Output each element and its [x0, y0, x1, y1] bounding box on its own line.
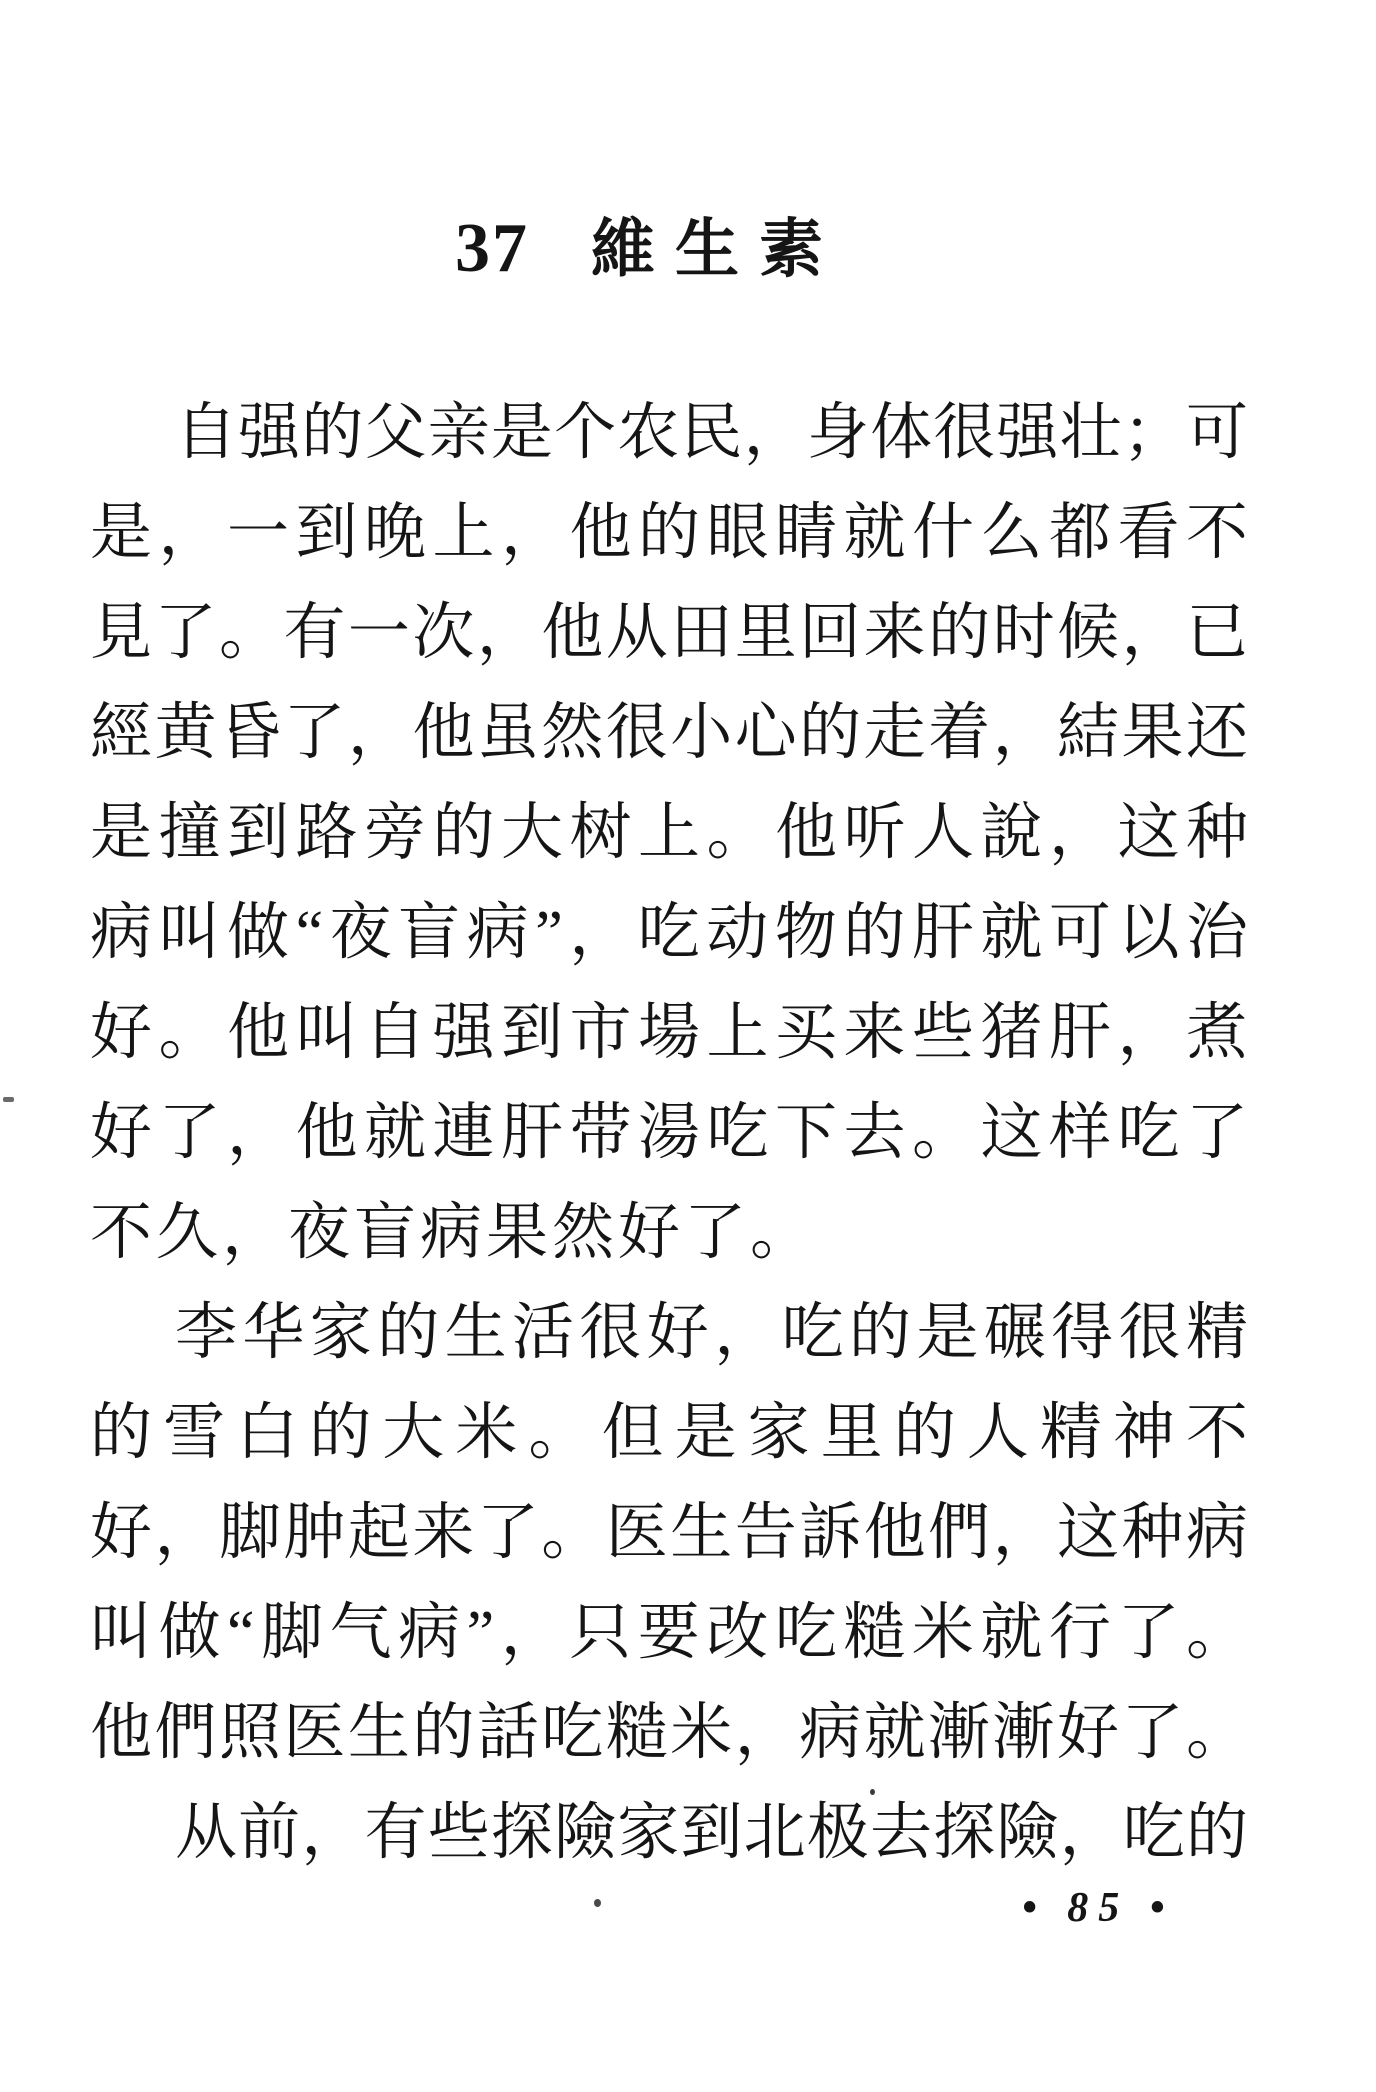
text-line: 不久，夜盲病果然好了。	[90, 1183, 1248, 1283]
text-line: 李华家的生活很好，吃的是碾得很精	[90, 1283, 1248, 1383]
text-line: 自强的父亲是个农民，身体很强壮；可	[90, 383, 1248, 483]
text-line: 从前，有些探險家到北极去探險，吃的	[90, 1783, 1248, 1883]
text-line: 經黄昏了，他虽然很小心的走着，結果还	[90, 683, 1248, 783]
scan-artifact-dot	[870, 1789, 875, 1795]
chapter-number: 37	[455, 210, 529, 287]
text-line: 叫做“脚气病”，只要改吃糙米就行了。	[90, 1583, 1248, 1683]
chapter-title: 維生素	[591, 215, 843, 287]
page-number: • 85 •	[1022, 1884, 1174, 1932]
text-line: 的雪白的大米。但是家里的人精神不	[90, 1383, 1248, 1483]
text-line: 病叫做“夜盲病”，吃动物的肝就可以治	[90, 883, 1248, 983]
text-line: 好，脚肿起来了。医生告訴他們，这种病	[90, 1483, 1248, 1583]
chapter-heading: 37 維生素	[455, 210, 843, 287]
scan-artifact-dot	[3, 1097, 14, 1102]
text-line: 好。他叫自强到市場上买来些猪肝，煮	[90, 983, 1248, 1083]
text-line: 見了。有一次，他从田里回来的时候，已	[90, 583, 1248, 683]
text-line: 好了，他就連肝带湯吃下去。这样吃了	[90, 1083, 1248, 1183]
text-line: 是撞到路旁的大树上。他听人說，这种	[90, 783, 1248, 883]
body-text: 自强的父亲是个农民，身体很强壮；可 是，一到晚上，他的眼睛就什么都看不 見了。有…	[90, 383, 1248, 1883]
text-line: 他們照医生的話吃糙米，病就漸漸好了。	[90, 1683, 1248, 1783]
text-line: 是，一到晚上，他的眼睛就什么都看不	[90, 483, 1248, 583]
scanned-page: 37 維生素 自强的父亲是个农民，身体很强壮；可 是，一到晚上，他的眼睛就什么都…	[0, 0, 1376, 2092]
scan-artifact-dot	[594, 1899, 601, 1907]
